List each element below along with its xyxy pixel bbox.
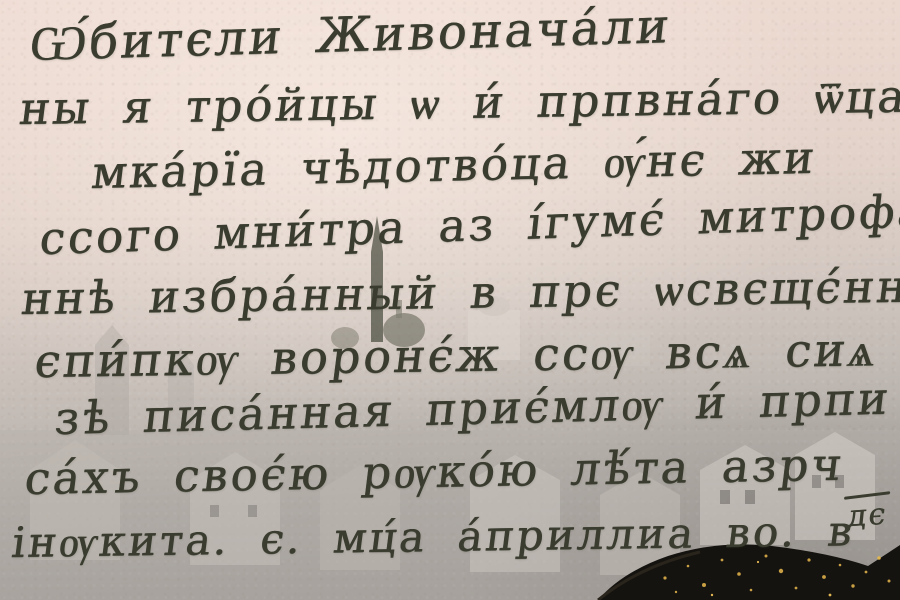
manuscript-line-1: Ѡ́битєли Живонача́ли (27, 0, 675, 72)
manuscript-line-2: ны я тро́йцы ѡ и́ прпвна́го ѿца (17, 70, 900, 135)
manuscript-line-9: інѹкита. є. мц́а а́приллиа во. в (9, 506, 858, 568)
manuscript-text: Ѡ́битєли Живонача́ли ны я тро́йцы ѡ и́ п… (0, 0, 900, 600)
manuscript-line-3: мка́рїа чѣдотво́ца ѹ́нє жи (89, 131, 820, 199)
manuscript-line-5: ннѣ избра́нный в прє ѡсвєщє́нну (19, 259, 900, 325)
manuscript-page: Ѡ́битєли Живонача́ли ны я тро́йцы ѡ и́ п… (0, 0, 900, 600)
manuscript-line-8: са́хъ своє́ю рѹко́ю лѣ́та азрч (22, 438, 848, 505)
superscript-day-abbreviation: дє (846, 496, 889, 534)
